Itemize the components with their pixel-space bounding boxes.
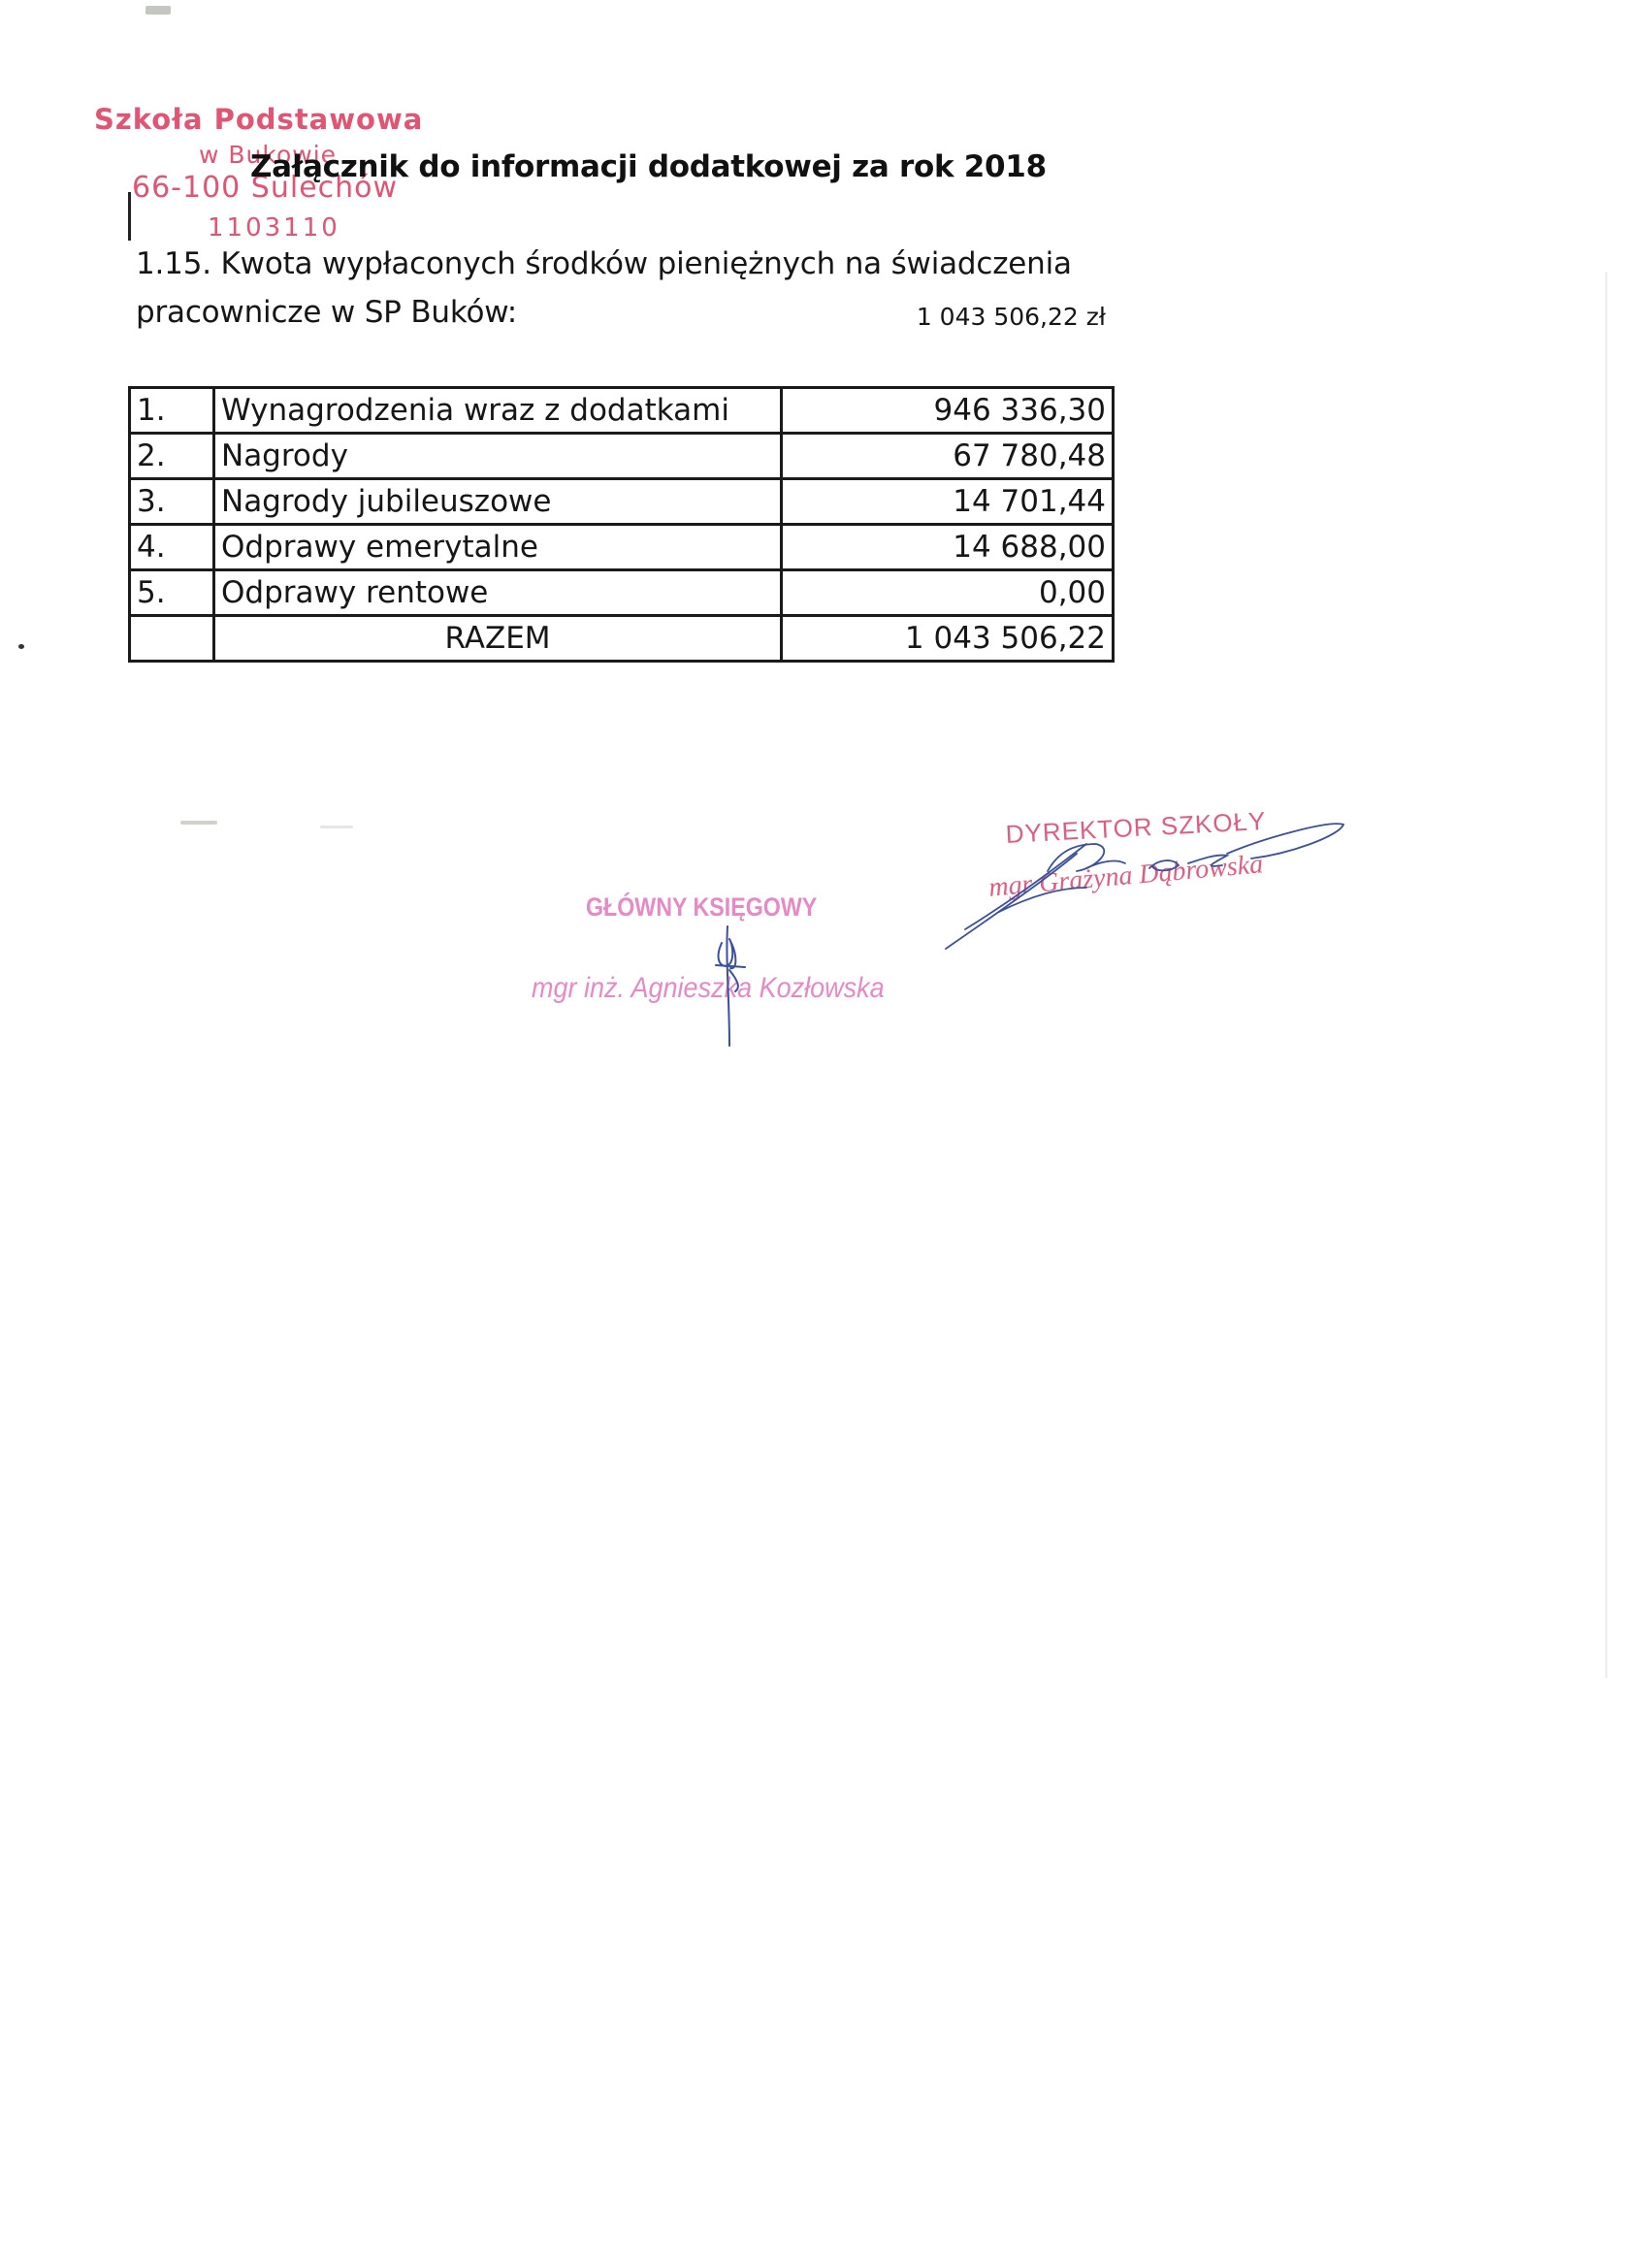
row-number: 2. bbox=[130, 434, 214, 479]
section-description-line1: 1.15. Kwota wypłaconych środków pieniężn… bbox=[136, 246, 1072, 281]
scan-smudge bbox=[320, 826, 353, 828]
director-title-stamp: DYREKTOR SZKOŁY bbox=[1005, 806, 1267, 850]
row-number: 3. bbox=[130, 479, 214, 525]
row-value: 14 688,00 bbox=[782, 525, 1114, 570]
row-label: Odprawy emerytalne bbox=[214, 525, 782, 570]
row-number: 4. bbox=[130, 525, 214, 570]
scan-edge-line bbox=[1605, 272, 1607, 1678]
scan-smudge bbox=[145, 6, 171, 15]
table-row: 1. Wynagrodzenia wraz z dodatkami 946 33… bbox=[130, 388, 1114, 434]
row-label: Nagrody bbox=[214, 434, 782, 479]
document-title: Załącznik do informacji dodatkowej za ro… bbox=[250, 149, 1047, 184]
row-number: 1. bbox=[130, 388, 214, 434]
benefits-table: 1. Wynagrodzenia wraz z dodatkami 946 33… bbox=[128, 386, 1115, 663]
scan-smudge bbox=[180, 821, 217, 825]
row-value: 14 701,44 bbox=[782, 479, 1114, 525]
accountant-name-stamp: mgr inż. Agnieszka Kozłowska bbox=[532, 972, 885, 1005]
row-value: 67 780,48 bbox=[782, 434, 1114, 479]
stamp-school-name: Szkoła Podstawowa bbox=[94, 103, 423, 136]
total-number bbox=[130, 616, 214, 662]
row-label: Wynagrodzenia wraz z dodatkami bbox=[214, 388, 782, 434]
section-description-line2: pracownicze w SP Buków: bbox=[136, 295, 517, 330]
stamp-registry-number: 1103110 bbox=[208, 213, 340, 243]
table-total-row: RAZEM 1 043 506,22 bbox=[130, 616, 1114, 662]
total-value: 1 043 506,22 bbox=[782, 616, 1114, 662]
stamp-border-line bbox=[128, 192, 131, 241]
director-name-stamp: mgr Grażyna Dąbrowska bbox=[987, 849, 1264, 904]
handwritten-signatures bbox=[0, 0, 1649, 2268]
row-value: 0,00 bbox=[782, 570, 1114, 616]
table-row: 3. Nagrody jubileuszowe 14 701,44 bbox=[130, 479, 1114, 525]
accountant-title-stamp: GŁÓWNY KSIĘGOWY bbox=[586, 892, 817, 923]
table-row: 4. Odprawy emerytalne 14 688,00 bbox=[130, 525, 1114, 570]
total-label: RAZEM bbox=[214, 616, 782, 662]
row-label: Nagrody jubileuszowe bbox=[214, 479, 782, 525]
section-total-amount: 1 043 506,22 zł bbox=[917, 303, 1106, 331]
table-row: 2. Nagrody 67 780,48 bbox=[130, 434, 1114, 479]
table-row: 5. Odprawy rentowe 0,00 bbox=[130, 570, 1114, 616]
row-label: Odprawy rentowe bbox=[214, 570, 782, 616]
row-number: 5. bbox=[130, 570, 214, 616]
row-value: 946 336,30 bbox=[782, 388, 1114, 434]
scan-speck bbox=[18, 644, 24, 649]
